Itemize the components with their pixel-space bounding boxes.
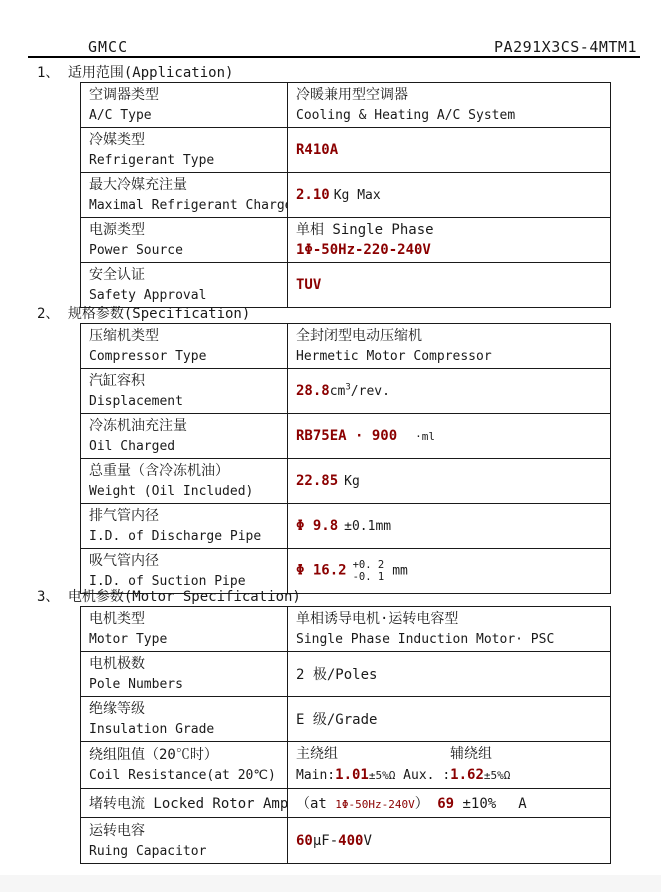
running-capacitor-label-cn: 运转电容 — [89, 821, 279, 842]
oil-charged-label-cn: 冷冻机油充注量 — [89, 416, 279, 437]
motor-type-value-cn: 单相诱导电机·运转电容型 — [296, 609, 602, 630]
weight-label-cn: 总重量（含冷冻机油） — [89, 461, 279, 482]
motor-type-value: 单相诱导电机·运转电容型 Single Phase Induction Moto… — [288, 607, 611, 652]
aux-resistance-tolerance: ±5%Ω — [484, 769, 511, 782]
pole-numbers-value: 2 极/Poles — [288, 652, 611, 697]
pole-numbers-text: 2 极/Poles — [296, 667, 377, 683]
displacement-label-en: Displacement — [89, 392, 279, 411]
weight-label: 总重量（含冷冻机油） Weight (Oil Included) — [81, 459, 288, 504]
running-capacitor-label-en: Ruing Capacitor — [89, 842, 279, 861]
weight-label-en: Weight (Oil Included) — [89, 482, 279, 501]
compressor-type-value-en: Hermetic Motor Compressor — [296, 347, 602, 366]
winding-headers: 主绕组辅绕组 — [296, 744, 602, 765]
max-charge-value: 2.10Kg Max — [288, 173, 611, 218]
displacement-value: 28.8cm3/rev. — [288, 369, 611, 414]
main-prefix: Main: — [296, 768, 335, 783]
oil-charged-label: 冷冻机油充注量 Oil Charged — [81, 414, 288, 459]
power-source-label-en: Power Source — [89, 241, 279, 260]
aux-winding-header: 辅绕组 — [450, 744, 492, 765]
main-resistance-tolerance: ±5%Ω — [369, 769, 396, 782]
motor-specification-table: 电机类型 Motor Type 单相诱导电机·运转电容型 Single Phas… — [80, 606, 611, 864]
compressor-type-value: 全封闭型电动压缩机 Hermetic Motor Compressor — [288, 324, 611, 369]
locked-rotor-label-text: 堵转电流 Locked Rotor Amps — [89, 796, 288, 812]
weight-unit: Kg — [344, 474, 360, 489]
oil-type-and-amount: RB75EA · 900 — [296, 428, 397, 444]
oil-unit: ·ml — [415, 430, 435, 443]
suction-pipe-unit: mm — [392, 564, 408, 579]
row-weight: 总重量（含冷冻机油） Weight (Oil Included) 22.85Kg — [81, 459, 611, 504]
max-charge-number: 2.10 — [296, 187, 330, 203]
row-safety-approval: 安全认证 Safety Approval TUV — [81, 263, 611, 308]
locked-rotor-value: （at 1Φ-50Hz-240V） 69 ±10%A — [288, 789, 611, 818]
insulation-grade-text: E 级/Grade — [296, 712, 377, 728]
header-model-number: PA291X3CS-4MTM1 — [494, 38, 637, 56]
pole-numbers-label-cn: 电机极数 — [89, 654, 279, 675]
locked-rotor-unit: A — [518, 796, 526, 812]
capacitor-voltage-value: 400 — [338, 833, 363, 849]
pole-numbers-label-en: Pole Numbers — [89, 675, 279, 694]
row-max-refrigerant-charge: 最大冷媒充注量 Maximal Refrigerant Charged 2.10… — [81, 173, 611, 218]
safety-approval-text: TUV — [296, 277, 321, 293]
power-source-label: 电源类型 Power Source — [81, 218, 288, 263]
locked-rotor-condition-open: （at — [296, 796, 335, 812]
insulation-grade-value: E 级/Grade — [288, 697, 611, 742]
row-power-source: 电源类型 Power Source 单相 Single Phase 1Φ-50H… — [81, 218, 611, 263]
row-compressor-type: 压缩机类型 Compressor Type 全封闭型电动压缩机 Hermetic… — [81, 324, 611, 369]
suction-tolerance-plus: +0. 2 — [353, 559, 385, 571]
running-capacitor-label: 运转电容 Ruing Capacitor — [81, 818, 288, 864]
section2-heading: 2、 规格参数(Specification) — [37, 303, 250, 323]
spec-sheet-page: { "colors": {"accent_red": "#8b0000", "b… — [0, 0, 661, 892]
power-source-rating: 1Φ-50Hz-220-240V — [296, 241, 602, 260]
discharge-pipe-value: Φ 9.8±0.1mm — [288, 504, 611, 549]
row-pole-numbers: 电机极数 Pole Numbers 2 极/Poles — [81, 652, 611, 697]
page-footer-strip — [0, 875, 661, 892]
ac-type-value-cn: 冷暖兼用型空调器 — [296, 85, 602, 106]
compressor-type-label-en: Compressor Type — [89, 347, 279, 366]
suction-pipe-label-cn: 吸气管内径 — [89, 551, 279, 572]
row-discharge-pipe: 排气管内径 I.D. of Discharge Pipe Φ 9.8±0.1mm — [81, 504, 611, 549]
refrigerant-value: R410A — [288, 128, 611, 173]
compressor-type-label: 压缩机类型 Compressor Type — [81, 324, 288, 369]
main-resistance-value: 1.01 — [335, 767, 369, 783]
main-winding-header: 主绕组 — [296, 746, 338, 762]
motor-type-value-en: Single Phase Induction Motor· PSC — [296, 630, 602, 649]
aux-resistance-value: 1.62 — [450, 767, 484, 783]
row-coil-resistance: 绕组阻值（20℃时） Coil Resistance(at 20℃) 主绕组辅绕… — [81, 742, 611, 789]
aux-prefix: Aux. : — [395, 768, 450, 783]
suction-tolerance-minus: -0. 1 — [353, 571, 385, 583]
row-refrigerant-type: 冷媒类型 Refrigerant Type R410A — [81, 128, 611, 173]
suction-pipe-diameter: Φ 16.2 — [296, 563, 347, 579]
header-divider-rule — [28, 56, 640, 58]
running-capacitor-value: 60μF-400V — [288, 818, 611, 864]
ac-type-value: 冷暖兼用型空调器 Cooling & Heating A/C System — [288, 83, 611, 128]
oil-charged-value: RB75EA · 900·ml — [288, 414, 611, 459]
suction-pipe-tolerance-stack: +0. 2-0. 1 — [353, 559, 385, 583]
capacitance-unit: μF- — [313, 833, 338, 849]
insulation-grade-label: 绝缘等级 Insulation Grade — [81, 697, 288, 742]
coil-resistance-label-cn: 绕组阻值（20℃时） — [89, 745, 279, 766]
safety-approval-value: TUV — [288, 263, 611, 308]
refrigerant-label: 冷媒类型 Refrigerant Type — [81, 128, 288, 173]
coil-resistance-label: 绕组阻值（20℃时） Coil Resistance(at 20℃) — [81, 742, 288, 789]
discharge-pipe-label-en: I.D. of Discharge Pipe — [89, 527, 279, 546]
capacitance-value: 60 — [296, 833, 313, 849]
refrigerant-value-text: R410A — [296, 142, 338, 158]
motor-type-label-cn: 电机类型 — [89, 609, 279, 630]
locked-rotor-label: 堵转电流 Locked Rotor Amps — [81, 789, 288, 818]
discharge-pipe-tolerance: ±0.1mm — [344, 519, 391, 534]
ac-type-label: 空调器类型 A/C Type — [81, 83, 288, 128]
insulation-grade-label-cn: 绝缘等级 — [89, 699, 279, 720]
section3-heading: 3、 电机参数(Motor Specification) — [37, 586, 301, 606]
ac-type-label-en: A/C Type — [89, 106, 279, 125]
max-charge-unit: Kg Max — [334, 188, 381, 203]
coil-resistance-label-en: Coil Resistance(at 20℃) — [89, 766, 279, 785]
displacement-unit-suffix: /rev. — [351, 384, 390, 399]
weight-number: 22.85 — [296, 473, 338, 489]
locked-rotor-amps-value: 69 — [437, 796, 454, 812]
header-brand: GMCC — [88, 38, 128, 56]
power-source-label-cn: 电源类型 — [89, 220, 279, 241]
power-source-value: 单相 Single Phase 1Φ-50Hz-220-240V — [288, 218, 611, 263]
row-running-capacitor: 运转电容 Ruing Capacitor 60μF-400V — [81, 818, 611, 864]
weight-value: 22.85Kg — [288, 459, 611, 504]
coil-resistance-value: 主绕组辅绕组 Main:1.01±5%Ω Aux. :1.62±5%Ω — [288, 742, 611, 789]
refrigerant-label-cn: 冷媒类型 — [89, 130, 279, 151]
motor-type-label: 电机类型 Motor Type — [81, 607, 288, 652]
power-source-phase: 单相 Single Phase — [296, 220, 602, 241]
row-ac-type: 空调器类型 A/C Type 冷暖兼用型空调器 Cooling & Heatin… — [81, 83, 611, 128]
discharge-pipe-label-cn: 排气管内径 — [89, 506, 279, 527]
application-table: 空调器类型 A/C Type 冷暖兼用型空调器 Cooling & Heatin… — [80, 82, 611, 308]
displacement-number: 28.8 — [296, 383, 330, 399]
max-charge-label-en: Maximal Refrigerant Charged — [89, 196, 279, 215]
row-displacement: 汽缸容积 Displacement 28.8cm3/rev. — [81, 369, 611, 414]
refrigerant-label-en: Refrigerant Type — [89, 151, 279, 170]
ac-type-value-en: Cooling & Heating A/C System — [296, 106, 602, 125]
winding-values: Main:1.01±5%Ω Aux. :1.62±5%Ω — [296, 765, 602, 786]
locked-rotor-condition: 1Φ-50Hz-240V — [335, 798, 414, 811]
compressor-type-value-cn: 全封闭型电动压缩机 — [296, 326, 602, 347]
safety-approval-label: 安全认证 Safety Approval — [81, 263, 288, 308]
oil-charged-label-en: Oil Charged — [89, 437, 279, 456]
row-locked-rotor-amps: 堵转电流 Locked Rotor Amps （at 1Φ-50Hz-240V）… — [81, 789, 611, 818]
displacement-label: 汽缸容积 Displacement — [81, 369, 288, 414]
discharge-pipe-diameter: Φ 9.8 — [296, 518, 338, 534]
motor-type-label-en: Motor Type — [89, 630, 279, 649]
row-oil-charged: 冷冻机油充注量 Oil Charged RB75EA · 900·ml — [81, 414, 611, 459]
max-charge-label-cn: 最大冷媒充注量 — [89, 175, 279, 196]
displacement-label-cn: 汽缸容积 — [89, 371, 279, 392]
section1-heading: 1、 适用范围(Application) — [37, 62, 233, 82]
insulation-grade-label-en: Insulation Grade — [89, 720, 279, 739]
specification-table: 压缩机类型 Compressor Type 全封闭型电动压缩机 Hermetic… — [80, 323, 611, 594]
locked-rotor-tolerance: ±10% — [454, 796, 496, 812]
discharge-pipe-label: 排气管内径 I.D. of Discharge Pipe — [81, 504, 288, 549]
max-charge-label: 最大冷媒充注量 Maximal Refrigerant Charged — [81, 173, 288, 218]
row-insulation-grade: 绝缘等级 Insulation Grade E 级/Grade — [81, 697, 611, 742]
capacitor-voltage-unit: V — [363, 833, 371, 849]
suction-pipe-value: Φ 16.2+0. 2-0. 1mm — [288, 549, 611, 594]
locked-rotor-condition-close: ） — [415, 796, 437, 812]
pole-numbers-label: 电机极数 Pole Numbers — [81, 652, 288, 697]
safety-approval-label-cn: 安全认证 — [89, 265, 279, 286]
row-motor-type: 电机类型 Motor Type 单相诱导电机·运转电容型 Single Phas… — [81, 607, 611, 652]
compressor-type-label-cn: 压缩机类型 — [89, 326, 279, 347]
ac-type-label-cn: 空调器类型 — [89, 85, 279, 106]
displacement-unit: cm — [330, 384, 346, 399]
